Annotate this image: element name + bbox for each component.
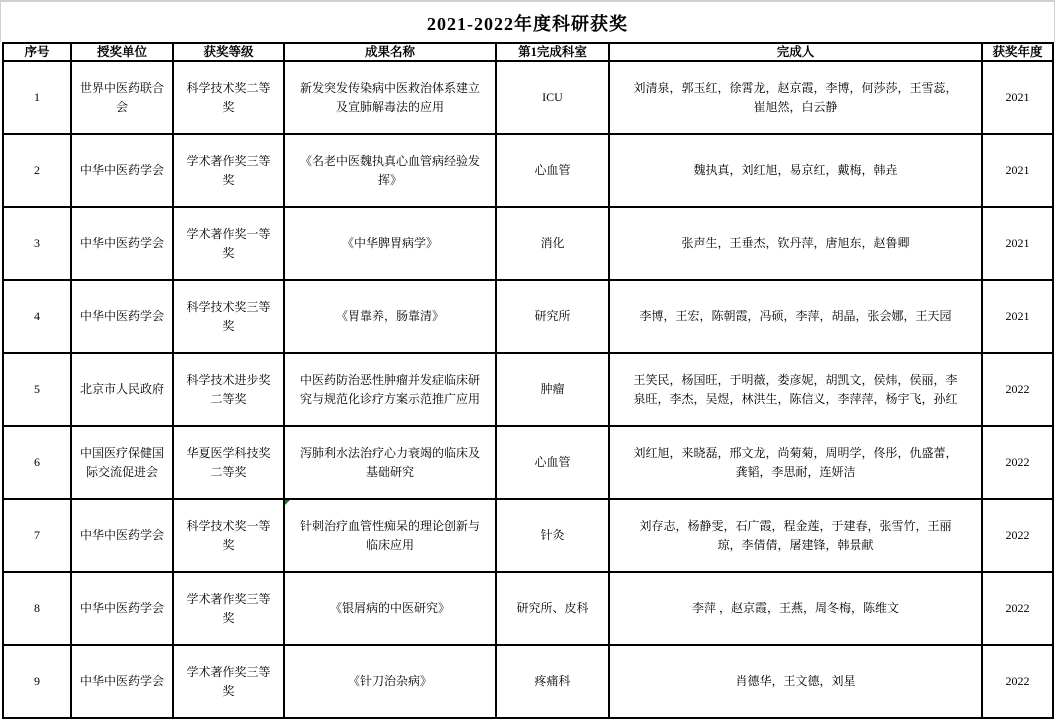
cell-first-dept: ICU [496,61,609,134]
header-achievement-name: 成果名称 [284,43,496,61]
cell-seq: 7 [3,499,71,572]
cell-first-dept: 研究所 [496,280,609,353]
cell-seq: 2 [3,134,71,207]
cell-achievement-name: 《胃靠养，肠靠清》 [284,280,496,353]
table-row: 5 北京市人民政府 科学技术进步奖二等奖 中医药防治恶性肿瘤并发症临床研究与规范… [3,353,1053,426]
table-row: 1 世界中医药联合会 科学技术奖二等奖 新发突发传染病中医救治体系建立及宣肺解毒… [3,61,1053,134]
cell-award-year: 2022 [982,426,1053,499]
table-row: 9 中华中医药学会 学术著作奖三等奖 《针刀治杂病》 疼痛科 肖德华，王文德，刘… [3,645,1053,718]
cell-people: 李博，王宏，陈朝霞，冯硕，李萍，胡晶，张会娜，王天园 [609,280,982,353]
cell-people: 刘红旭，来晓磊，邢文龙，尚菊菊，周明学，佟彤，仇盛蕾，龚韬，李思耐，连妍洁 [609,426,982,499]
header-awarding-org: 授奖单位 [71,43,173,61]
cell-achievement-name: 针刺治疗血管性痴呆的理论创新与临床应用 [284,499,496,572]
cell-seq: 5 [3,353,71,426]
header-first-dept: 第1完成科室 [496,43,609,61]
cell-people: 张声生，王垂杰，钦丹萍，唐旭东，赵鲁卿 [609,207,982,280]
cell-awarding-org: 中华中医药学会 [71,645,173,718]
cell-award-year: 2021 [982,134,1053,207]
cell-awarding-org: 中国医疗保健国际交流促进会 [71,426,173,499]
cell-achievement-name: 中医药防治恶性肿瘤并发症临床研究与规范化诊疗方案示范推广应用 [284,353,496,426]
cell-seq: 4 [3,280,71,353]
cell-award-year: 2022 [982,499,1053,572]
table-row: 2 中华中医药学会 学术著作奖三等奖 《名老中医魏执真心血管病经验发挥》 心血管… [3,134,1053,207]
header-award-year: 获奖年度 [982,43,1053,61]
cell-first-dept: 心血管 [496,426,609,499]
cell-first-dept: 疼痛科 [496,645,609,718]
cell-award-level: 学术著作奖三等奖 [173,134,284,207]
cell-awarding-org: 中华中医药学会 [71,280,173,353]
table-row: 4 中华中医药学会 科学技术奖三等奖 《胃靠养，肠靠清》 研究所 李博，王宏，陈… [3,280,1053,353]
page-title: 2021-2022年度科研获奖 [1,2,1054,36]
title-bar: 2021-2022年度科研获奖 [0,0,1055,42]
cell-award-year: 2022 [982,645,1053,718]
cell-first-dept: 研究所、皮科 [496,572,609,645]
achievement-name-text: 针刺治疗血管性痴呆的理论创新与临床应用 [300,519,480,552]
cell-people: 肖德华，王文德，刘星 [609,645,982,718]
cell-awarding-org: 中华中医药学会 [71,572,173,645]
cell-award-level: 科学技术进步奖二等奖 [173,353,284,426]
cell-award-level: 学术著作奖一等奖 [173,207,284,280]
cell-seq: 6 [3,426,71,499]
cell-awarding-org: 中华中医药学会 [71,499,173,572]
cell-first-dept: 心血管 [496,134,609,207]
cell-achievement-name: 《针刀治杂病》 [284,645,496,718]
cell-achievement-name: 《中华脾胃病学》 [284,207,496,280]
cell-award-level: 科学技术奖二等奖 [173,61,284,134]
cell-awarding-org: 中华中医药学会 [71,134,173,207]
cell-awarding-org: 北京市人民政府 [71,353,173,426]
cell-achievement-name: 《名老中医魏执真心血管病经验发挥》 [284,134,496,207]
header-seq: 序号 [3,43,71,61]
table-row: 6 中国医疗保健国际交流促进会 华夏医学科技奖二等奖 泻肺利水法治疗心力衰竭的临… [3,426,1053,499]
cell-seq: 1 [3,61,71,134]
cell-award-year: 2022 [982,572,1053,645]
cell-awarding-org: 中华中医药学会 [71,207,173,280]
table-header-row: 序号 授奖单位 获奖等级 成果名称 第1完成科室 完成人 获奖年度 [3,43,1053,61]
cell-award-year: 2021 [982,61,1053,134]
cell-achievement-name: 泻肺利水法治疗心力衰竭的临床及基础研究 [284,426,496,499]
table-row: 8 中华中医药学会 学术著作奖三等奖 《银屑病的中医研究》 研究所、皮科 李萍 … [3,572,1053,645]
table-row: 3 中华中医药学会 学术著作奖一等奖 《中华脾胃病学》 消化 张声生，王垂杰，钦… [3,207,1053,280]
cell-people: 刘存志，杨静雯，石广霞，程金莲，于建春，张雪竹，王丽琼，李倩倩，屠建锋，韩景献 [609,499,982,572]
awards-table: 序号 授奖单位 获奖等级 成果名称 第1完成科室 完成人 获奖年度 1 世界中医… [2,42,1054,719]
cell-awarding-org: 世界中医药联合会 [71,61,173,134]
cell-first-dept: 肿瘤 [496,353,609,426]
cell-people: 李萍 ，赵京霞，王燕，周冬梅，陈维文 [609,572,982,645]
cell-award-year: 2021 [982,280,1053,353]
cell-achievement-name: 《银屑病的中医研究》 [284,572,496,645]
cell-first-dept: 消化 [496,207,609,280]
cell-first-dept: 针灸 [496,499,609,572]
cell-award-level: 学术著作奖三等奖 [173,572,284,645]
header-people: 完成人 [609,43,982,61]
awards-document-page: 2021-2022年度科研获奖 序号 授奖单位 获奖等级 成果名称 第1完成科室… [0,0,1055,720]
cell-award-level: 科学技术奖一等奖 [173,499,284,572]
cell-award-year: 2022 [982,353,1053,426]
cell-people: 刘清泉，郭玉红，徐霄龙，赵京霞，李博，何莎莎，王雪蕊，崔旭然，白云静 [609,61,982,134]
comment-marker-icon [285,500,290,505]
cell-award-year: 2021 [982,207,1053,280]
cell-award-level: 科学技术奖三等奖 [173,280,284,353]
table-row: 7 中华中医药学会 科学技术奖一等奖 针刺治疗血管性痴呆的理论创新与临床应用 针… [3,499,1053,572]
header-award-level: 获奖等级 [173,43,284,61]
cell-people: 王笑民，杨国旺，于明薇，娄彦妮，胡凯文，侯炜，侯丽，李泉旺，李杰，吴煜，林洪生，… [609,353,982,426]
cell-seq: 9 [3,645,71,718]
cell-seq: 8 [3,572,71,645]
cell-achievement-name: 新发突发传染病中医救治体系建立及宣肺解毒法的应用 [284,61,496,134]
cell-award-level: 学术著作奖三等奖 [173,645,284,718]
cell-award-level: 华夏医学科技奖二等奖 [173,426,284,499]
cell-seq: 3 [3,207,71,280]
cell-people: 魏执真，刘红旭，易京红，戴梅，韩垚 [609,134,982,207]
